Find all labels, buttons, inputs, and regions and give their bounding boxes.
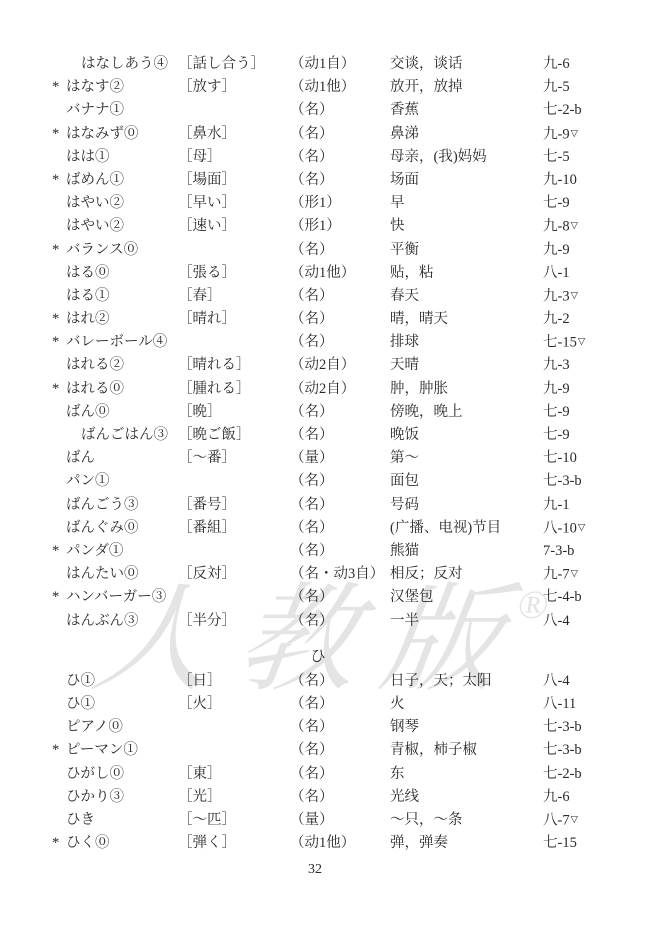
vocab-row: はなしあう④［話し合う］（动1自）交谈，谈话九-6 [52, 53, 612, 76]
vocab-list-hi: ひ①［日］（名）日子，天；太阳八-4ひ①［火］（名）火八-11ピアノ⓪（名）钢琴… [52, 670, 612, 856]
meaning: 排球 [390, 331, 543, 355]
part-of-speech: （名・动3自） [290, 563, 390, 587]
word-kanji: ［張る］ [178, 262, 290, 285]
page-number: 32 [0, 862, 630, 878]
vocab-row: *パンダ①（名）熊猫7-3-b [52, 540, 612, 563]
word-kana: パンダ① [66, 540, 178, 563]
star-marker [52, 517, 66, 541]
part-of-speech: （形1） [290, 215, 390, 239]
word-kana: はんたい⓪ [66, 563, 178, 587]
vocab-row: ばん⓪［晩］（名）傍晚，晚上七-9 [52, 401, 612, 424]
word-kanji: ［半分］ [178, 610, 290, 633]
word-kana: はれる② [66, 354, 178, 377]
meaning: 春天 [390, 285, 543, 309]
vocab-row: *ばめん①［場面］（名）场面九-10 [52, 169, 612, 192]
meaning: 母亲，(我)妈妈 [390, 146, 543, 169]
vocab-row: バナナ①（名）香蕉七-2-b [52, 99, 612, 122]
part-of-speech: （名） [290, 331, 390, 355]
word-kana: はんぶん③ [66, 610, 178, 633]
word-kanji: ［場面］ [178, 169, 290, 192]
part-of-speech: （名） [290, 424, 390, 447]
word-kana: バナナ① [66, 99, 178, 122]
lesson-ref: 七-3-b [543, 739, 612, 762]
vocab-row: はやい②［速い］（形1）快九-8▽ [52, 215, 612, 238]
word-kanji [178, 331, 290, 355]
lesson-ref: 八-10▽ [543, 517, 612, 541]
word-kana: ばめん① [66, 169, 178, 192]
vocab-row: *ハンバーガー③（名）汉堡包七-4-b [52, 586, 612, 609]
meaning: 肿，肿胀 [390, 378, 543, 401]
meaning: 弹，弹奏 [390, 832, 543, 855]
lesson-ref: 七-15▽ [543, 331, 612, 355]
star-marker [52, 563, 66, 587]
section-header-hi: ひ [52, 645, 612, 668]
lesson-ref: 九-8▽ [543, 215, 612, 239]
lesson-ref: 九-3 [543, 354, 612, 377]
word-kanji: ［春］ [178, 285, 290, 309]
word-kana: はやい② [66, 215, 178, 239]
star-marker [52, 716, 66, 739]
part-of-speech: （名） [290, 517, 390, 541]
word-kanji [178, 586, 290, 609]
lesson-ref: 七-4-b [543, 586, 612, 609]
lesson-ref: 七-9 [543, 424, 612, 447]
part-of-speech: （名） [290, 146, 390, 169]
lesson-ref: 九-5 [543, 76, 612, 99]
lesson-ref: 八-11 [543, 693, 612, 716]
part-of-speech: （名） [290, 716, 390, 739]
lesson-ref: 七-10 [543, 447, 612, 470]
vocab-row: ひき［～匹］（量）～只，～条八-7▽ [52, 809, 612, 832]
star-marker [52, 786, 66, 809]
word-kanji: ［腫れる］ [178, 378, 290, 401]
vocab-row: ばんごはん③［晩ご飯］（名）晚饭七-9 [52, 424, 612, 447]
star-marker: * [52, 739, 66, 762]
vocab-list: はなしあう④［話し合う］（动1自）交谈，谈话九-6*はなす②［放す］（动1他）放… [52, 53, 612, 855]
lesson-ref: 七-2-b [543, 763, 612, 786]
meaning: 香蕉 [390, 99, 543, 122]
meaning: 贴，粘 [390, 262, 543, 285]
word-kana: ばん [66, 447, 178, 470]
star-marker [52, 53, 66, 76]
star-marker [52, 610, 66, 633]
word-kanji [178, 540, 290, 563]
word-kana: ひ① [66, 693, 178, 716]
vocab-row: ばんごう③［番号］（名）号码九-1 [52, 494, 612, 517]
word-kana: はれる⓪ [66, 378, 178, 401]
part-of-speech: （量） [290, 447, 390, 470]
vocab-row: はは①［母］（名）母亲，(我)妈妈七-5 [52, 146, 612, 169]
word-kana: はる① [66, 285, 178, 309]
star-marker [52, 285, 66, 309]
star-marker [52, 192, 66, 215]
vocab-row: はんたい⓪［反対］（名・动3自）相反；反对九-7▽ [52, 563, 612, 586]
star-marker [52, 809, 66, 833]
star-marker [52, 401, 66, 424]
word-kana: ひ① [66, 670, 178, 693]
meaning: 相反；反对 [390, 563, 543, 587]
vocab-row: ひかり③［光］（名）光线九-6 [52, 786, 612, 809]
vocab-row: ひ①［日］（名）日子，天；太阳八-4 [52, 670, 612, 693]
vocab-row: ばんぐみ⓪［番組］（名）(广播、电视)节目八-10▽ [52, 517, 612, 540]
meaning: 光线 [390, 786, 543, 809]
meaning: 日子，天；太阳 [390, 670, 543, 693]
word-kanji: ［～番］ [178, 447, 290, 470]
word-kana: はなみず⓪ [66, 123, 178, 147]
part-of-speech: （名） [290, 401, 390, 424]
vocab-row: *バランス⓪（名）平衡九-9 [52, 239, 612, 262]
part-of-speech: （名） [290, 308, 390, 331]
vocab-row: はる①［春］（名）春天九-3▽ [52, 285, 612, 308]
part-of-speech: （动1自） [290, 53, 390, 76]
word-kanji: ［晩］ [178, 401, 290, 424]
part-of-speech: （名） [290, 540, 390, 563]
part-of-speech: （名） [290, 285, 390, 309]
word-kanji: ［光］ [178, 786, 290, 809]
star-marker: * [52, 239, 66, 262]
star-marker [52, 215, 66, 239]
part-of-speech: （名） [290, 169, 390, 192]
star-marker [52, 447, 66, 470]
lesson-mark: ▽ [571, 569, 578, 579]
part-of-speech: （名） [290, 123, 390, 147]
meaning: 鼻涕 [390, 123, 543, 147]
meaning: 晴，晴天 [390, 308, 543, 331]
word-kana: はれ② [66, 308, 178, 331]
vocab-row: *はれ②［晴れ］（名）晴，晴天九-2 [52, 308, 612, 331]
lesson-ref: 七-9 [543, 401, 612, 424]
part-of-speech: （动2自） [290, 378, 390, 401]
word-kanji: ［晩ご飯］ [178, 424, 290, 447]
star-marker [52, 763, 66, 786]
part-of-speech: （名） [290, 670, 390, 693]
word-kana: パン① [66, 470, 178, 493]
word-kanji: ［晴れる］ [178, 354, 290, 377]
lesson-ref: 九-3▽ [543, 285, 612, 309]
meaning: (广播、电视)节目 [390, 517, 543, 541]
word-kanji [178, 99, 290, 122]
lesson-ref: 七-9 [543, 192, 612, 215]
lesson-ref: 九-9 [543, 378, 612, 401]
part-of-speech: （名） [290, 470, 390, 493]
lesson-ref: 7-3-b [543, 540, 612, 563]
star-marker [52, 424, 66, 447]
lesson-mark: ▽ [571, 815, 578, 825]
vocab-row: ピアノ⓪（名）钢琴七-3-b [52, 716, 612, 739]
part-of-speech: （名） [290, 763, 390, 786]
star-marker: * [52, 123, 66, 147]
vocab-list-ha: はなしあう④［話し合う］（动1自）交谈，谈话九-6*はなす②［放す］（动1他）放… [52, 53, 612, 633]
meaning: 号码 [390, 494, 543, 517]
lesson-ref: 九-1 [543, 494, 612, 517]
meaning: ～只，～条 [390, 809, 543, 833]
vocab-row: ひがし⓪［東］（名）东七-2-b [52, 763, 612, 786]
vocab-row: *バレーボール④（名）排球七-15▽ [52, 331, 612, 354]
vocab-row: はる⓪［張る］（动1他）贴，粘八-1 [52, 262, 612, 285]
meaning: 东 [390, 763, 543, 786]
star-marker: * [52, 308, 66, 331]
lesson-mark: ▽ [578, 523, 585, 533]
lesson-mark: ▽ [578, 337, 585, 347]
part-of-speech: （名） [290, 239, 390, 262]
vocab-row: *はなす②［放す］（动1他）放开，放掉九-5 [52, 76, 612, 99]
word-kanji: ［火］ [178, 693, 290, 716]
lesson-ref: 九-2 [543, 308, 612, 331]
word-kanji: ［早い］ [178, 192, 290, 215]
word-kanji: ［弾く］ [178, 832, 290, 855]
meaning: 平衡 [390, 239, 543, 262]
vocab-row: ひ①［火］（名）火八-11 [52, 693, 612, 716]
word-kanji: ［放す］ [178, 76, 290, 99]
word-kana: はなしあう④ [66, 53, 178, 76]
star-marker: * [52, 832, 66, 855]
word-kana: ハンバーガー③ [66, 586, 178, 609]
lesson-ref: 九-9 [543, 239, 612, 262]
word-kana: ばんごう③ [66, 494, 178, 517]
meaning: 熊猫 [390, 540, 543, 563]
star-marker: * [52, 76, 66, 99]
meaning: 青椒，柿子椒 [390, 739, 543, 762]
star-marker [52, 494, 66, 517]
lesson-ref: 八-4 [543, 670, 612, 693]
word-kana: ばん⓪ [66, 401, 178, 424]
word-kanji: ［晴れ］ [178, 308, 290, 331]
star-marker [52, 693, 66, 716]
lesson-ref: 七-2-b [543, 99, 612, 122]
vocab-row: ばん［～番］（量）第～七-10 [52, 447, 612, 470]
meaning: 早 [390, 192, 543, 215]
meaning: 钢琴 [390, 716, 543, 739]
word-kana: ひく⓪ [66, 832, 178, 855]
lesson-mark: ▽ [571, 129, 578, 139]
word-kanji: ［速い］ [178, 215, 290, 239]
vocab-row: *はれる⓪［腫れる］（动2自）肿，肿胀九-9 [52, 378, 612, 401]
meaning: 场面 [390, 169, 543, 192]
word-kana: ピーマン① [66, 739, 178, 762]
star-marker: * [52, 378, 66, 401]
part-of-speech: （名） [290, 739, 390, 762]
word-kanji [178, 739, 290, 762]
lesson-mark: ▽ [571, 291, 578, 301]
meaning: 第～ [390, 447, 543, 470]
word-kana: バレーボール④ [66, 331, 178, 355]
word-kana: ひがし⓪ [66, 763, 178, 786]
part-of-speech: （名） [290, 610, 390, 633]
lesson-ref: 九-10 [543, 169, 612, 192]
part-of-speech: （形1） [290, 192, 390, 215]
vocab-row: パン①（名）面包七-3-b [52, 470, 612, 493]
meaning: 放开，放掉 [390, 76, 543, 99]
word-kanji [178, 239, 290, 262]
lesson-ref: 八-4 [543, 610, 612, 633]
meaning: 汉堡包 [390, 586, 543, 609]
part-of-speech: （量） [290, 809, 390, 833]
vocab-row: *はなみず⓪［鼻水］（名）鼻涕九-9▽ [52, 123, 612, 146]
star-marker [52, 146, 66, 169]
word-kanji: ［番組］ [178, 517, 290, 541]
word-kana: はなす② [66, 76, 178, 99]
star-marker: * [52, 586, 66, 609]
meaning: 晚饭 [390, 424, 543, 447]
meaning: 傍晚，晚上 [390, 401, 543, 424]
vocab-row: *ピーマン①（名）青椒，柿子椒七-3-b [52, 739, 612, 762]
word-kanji [178, 716, 290, 739]
word-kana: ピアノ⓪ [66, 716, 178, 739]
word-kana: はる⓪ [66, 262, 178, 285]
star-marker [52, 354, 66, 377]
lesson-mark: ▽ [571, 221, 578, 231]
meaning: 天晴 [390, 354, 543, 377]
word-kanji: ［～匹］ [178, 809, 290, 833]
meaning: 一半 [390, 610, 543, 633]
word-kana: ばんごはん③ [66, 424, 178, 447]
meaning: 火 [390, 693, 543, 716]
lesson-ref: 九-6 [543, 53, 612, 76]
star-marker [52, 99, 66, 122]
star-marker [52, 670, 66, 693]
lesson-ref: 七-15 [543, 832, 612, 855]
lesson-ref: 九-6 [543, 786, 612, 809]
word-kanji: ［話し合う］ [178, 53, 290, 76]
part-of-speech: （名） [290, 99, 390, 122]
word-kanji [178, 470, 290, 493]
dictionary-page: 人教版® はなしあう④［話し合う］（动1自）交谈，谈话九-6*はなす②［放す］（… [0, 0, 658, 926]
vocab-row: はれる②［晴れる］（动2自）天晴九-3 [52, 354, 612, 377]
meaning: 快 [390, 215, 543, 239]
part-of-speech: （动2自） [290, 354, 390, 377]
part-of-speech: （名） [290, 693, 390, 716]
word-kana: ひき [66, 809, 178, 833]
part-of-speech: （名） [290, 494, 390, 517]
meaning: 交谈，谈话 [390, 53, 543, 76]
word-kana: バランス⓪ [66, 239, 178, 262]
lesson-ref: 八-7▽ [543, 809, 612, 833]
lesson-ref: 七-3-b [543, 470, 612, 493]
word-kana: ばんぐみ⓪ [66, 517, 178, 541]
vocab-row: *ひく⓪［弾く］（动1他）弹，弹奏七-15 [52, 832, 612, 855]
part-of-speech: （名） [290, 786, 390, 809]
word-kanji: ［母］ [178, 146, 290, 169]
star-marker [52, 262, 66, 285]
lesson-ref: 八-1 [543, 262, 612, 285]
word-kanji: ［東］ [178, 763, 290, 786]
vocab-row: はんぶん③［半分］（名）一半八-4 [52, 610, 612, 633]
lesson-ref: 七-3-b [543, 716, 612, 739]
star-marker: * [52, 540, 66, 563]
vocab-row: はやい②［早い］（形1）早七-9 [52, 192, 612, 215]
lesson-ref: 九-9▽ [543, 123, 612, 147]
star-marker: * [52, 169, 66, 192]
word-kanji: ［反対］ [178, 563, 290, 587]
word-kanji: ［番号］ [178, 494, 290, 517]
part-of-speech: （动1他） [290, 76, 390, 99]
part-of-speech: （动1他） [290, 832, 390, 855]
part-of-speech: （动1他） [290, 262, 390, 285]
lesson-ref: 九-7▽ [543, 563, 612, 587]
word-kanji: ［鼻水］ [178, 123, 290, 147]
star-marker: * [52, 331, 66, 355]
meaning: 面包 [390, 470, 543, 493]
word-kana: はやい② [66, 192, 178, 215]
word-kana: ひかり③ [66, 786, 178, 809]
lesson-ref: 七-5 [543, 146, 612, 169]
part-of-speech: （名） [290, 586, 390, 609]
star-marker [52, 470, 66, 493]
word-kana: はは① [66, 146, 178, 169]
word-kanji: ［日］ [178, 670, 290, 693]
